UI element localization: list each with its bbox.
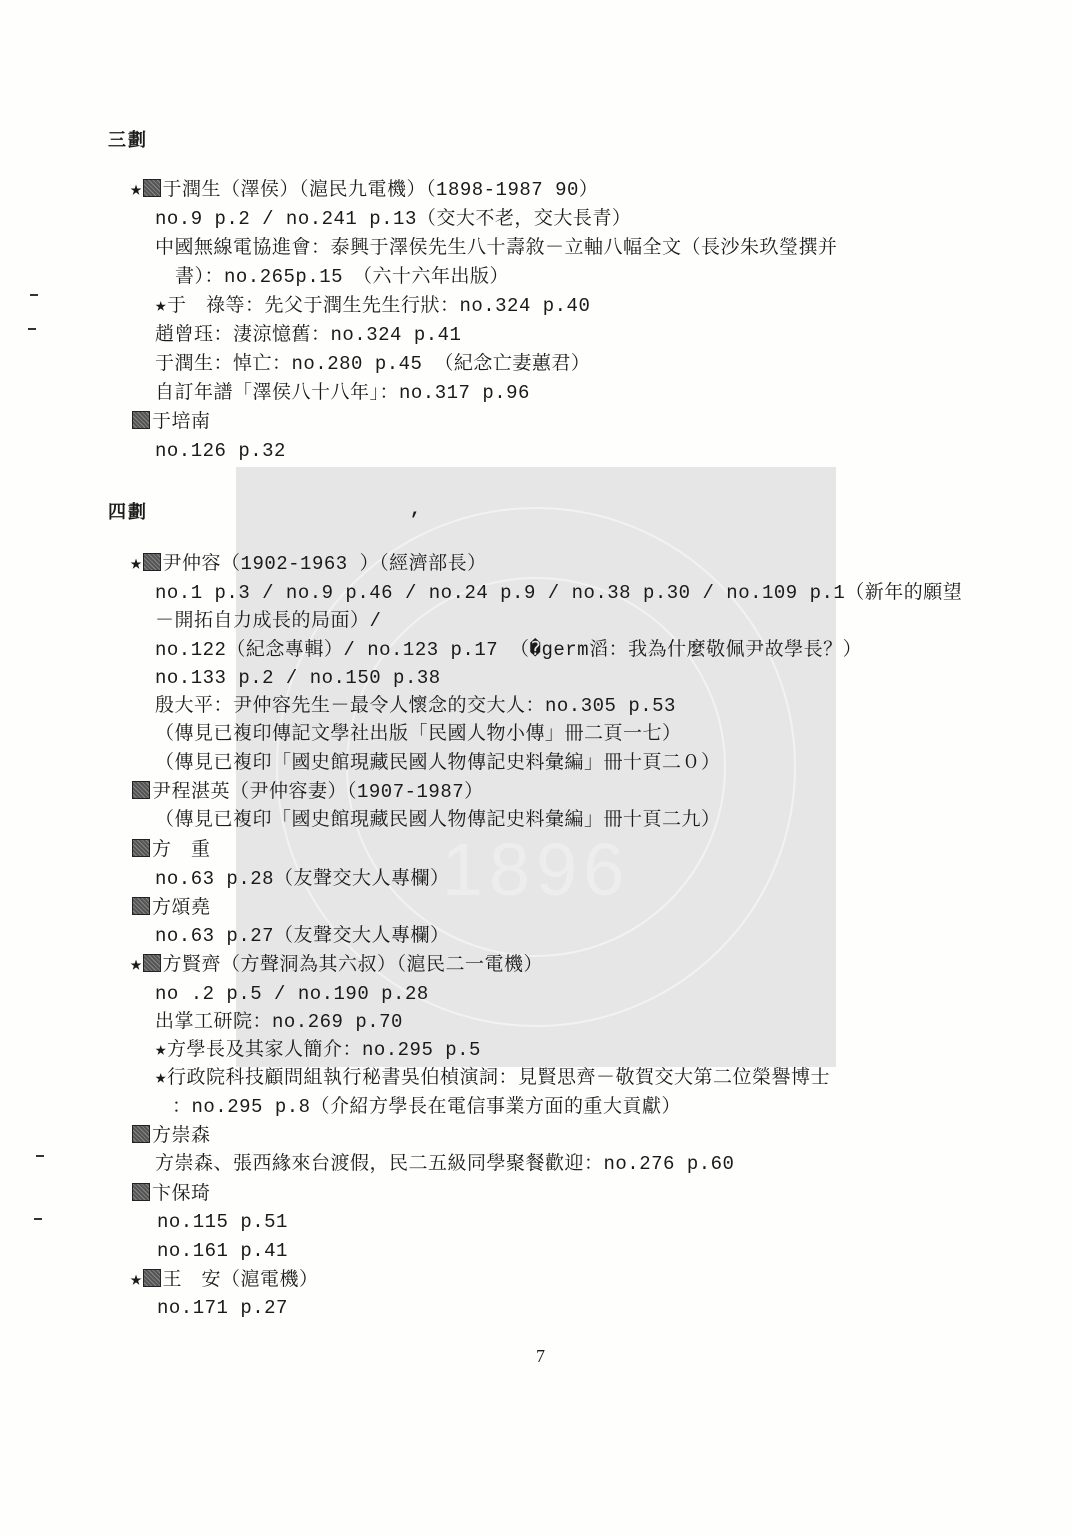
entry-name: 方頌堯: [152, 897, 211, 919]
portrait-box-icon: [132, 897, 150, 915]
entry-name: 于潤生（澤侯）（滬民九電機）（1898-1987 90）: [163, 179, 599, 201]
entry-header: 于培南: [132, 408, 211, 436]
entry-line: ★方學長及其家人簡介：no.295 p.5: [155, 1036, 481, 1064]
entry-line: no.126 p.32: [155, 437, 286, 465]
entry-line: no.133 p.2 / no.150 p.38: [155, 664, 441, 692]
margin-mark: [34, 1218, 42, 1220]
entry-line: 方崇森、張西緣來台渡假，民二五級同學聚餐歡迎：no.276 p.60: [155, 1150, 734, 1178]
entry-name: 王 安（滬電機）: [163, 1269, 319, 1291]
entry-name: 方賢齊（方聲洞為其六叔）（滬民二一電機）: [163, 954, 544, 976]
portrait-box-icon: [132, 781, 150, 799]
entry-line: no.9 p.2 / no.241 p.13（交大不老，交大長青）: [155, 205, 631, 233]
entry-line: 出掌工研院：no.269 p.70: [155, 1008, 403, 1036]
portrait-box-icon: [143, 954, 161, 972]
entry-line: 自訂年譜「澤侯八十八年」：no.317 p.96: [155, 379, 530, 407]
entry-line: （傳見已複印傳記文學社出版「民國人物小傳」冊二頁一七）: [155, 720, 682, 748]
portrait-box-icon: [132, 839, 150, 857]
entry-header: ★尹仲容（1902-1963 ）（經濟部長）: [130, 550, 487, 579]
entry-line: 殷大平：尹仲容先生－最令人懷念的交大人：no.305 p.53: [155, 692, 676, 720]
entry-header: 方頌堯: [132, 894, 211, 922]
portrait-box-icon: [143, 1269, 161, 1287]
entry-line: no.63 p.27（友聲交大人專欄）: [155, 922, 450, 950]
stray-mark: ,: [410, 500, 421, 520]
entry-header: 方崇森: [132, 1122, 211, 1150]
entry-header: ★方賢齊（方聲洞為其六叔）（滬民二一電機）: [130, 951, 543, 980]
entry-line: ★行政院科技顧問組執行秘書吳伯楨演詞：見賢思齊－敬賀交大第二位榮譽博士: [155, 1064, 830, 1092]
entry-header: 方 重: [132, 836, 211, 864]
entry-name: 方崇森: [152, 1125, 211, 1147]
portrait-box-icon: [132, 411, 150, 429]
portrait-box-icon: [143, 553, 161, 571]
entry-line: 于潤生：悼亡：no.280 p.45 （紀念亡妻蕙君）: [155, 350, 590, 378]
entry-header: ★于潤生（澤侯）（滬民九電機）（1898-1987 90）: [130, 176, 598, 205]
entry-line: 中國無線電協進會：泰興于澤侯先生八十壽敘－立軸八幅全文（長沙朱玖瑩撰并: [155, 234, 838, 262]
margin-mark: [30, 294, 38, 296]
entry-line: ★于 祿等：先父于潤生先生行狀：no.324 p.40: [155, 292, 590, 320]
margin-mark: [28, 328, 36, 330]
entry-line: （傳見已複印「國史館現藏民國人物傳記史料彙編」冊十頁二０）: [155, 749, 721, 777]
entry-line: no .2 p.5 / no.190 p.28: [155, 980, 429, 1008]
entry-line: （傳見已複印「國史館現藏民國人物傳記史料彙編」冊十頁二九）: [155, 806, 721, 834]
margin-mark: [36, 1155, 44, 1157]
entry-line: no.115 p.51: [157, 1208, 288, 1236]
star-icon: ★: [130, 1267, 143, 1295]
entry-line: no.63 p.28（友聲交大人專欄）: [155, 865, 450, 893]
entry-name: 尹仲容（1902-1963 ）（經濟部長）: [163, 553, 487, 575]
entry-line: no.161 p.41: [157, 1237, 288, 1265]
entry-line: no.171 p.27: [157, 1294, 288, 1322]
page-number: 7: [536, 1346, 545, 1367]
portrait-box-icon: [132, 1125, 150, 1143]
entry-line: 書）：no.265p.15 （六十六年出版）: [175, 263, 509, 291]
entry-name: 方 重: [152, 839, 211, 861]
star-icon: ★: [130, 551, 143, 579]
section-heading: 三劃: [108, 126, 148, 152]
entry-name: 于培南: [152, 411, 211, 433]
entry-name: 尹程湛英（尹仲容妻）（1907-1987）: [152, 781, 484, 803]
section-heading: 四劃: [108, 498, 148, 524]
entry-header: 尹程湛英（尹仲容妻）（1907-1987）: [132, 778, 484, 806]
entry-line: ：no.295 p.8（介紹方學長在電信事業方面的重大貢獻）: [172, 1093, 681, 1121]
portrait-box-icon: [143, 179, 161, 197]
entry-line: no.1 p.3 / no.9 p.46 / no.24 p.9 / no.38…: [155, 579, 962, 607]
entry-header: ★王 安（滬電機）: [130, 1266, 319, 1295]
star-icon: ★: [130, 177, 143, 205]
entry-line: 趙曾珏：淒涼憶舊：no.324 p.41: [155, 321, 461, 349]
entry-name: 卞保琦: [152, 1183, 211, 1205]
star-icon: ★: [130, 952, 143, 980]
portrait-box-icon: [132, 1183, 150, 1201]
entry-line: －開拓自力成長的局面）/: [155, 607, 381, 635]
entry-header: 卞保琦: [132, 1180, 211, 1208]
entry-line: no.122（紀念專輯）/ no.123 p.17 （�germ滔：我為什麼敬佩…: [155, 636, 862, 664]
